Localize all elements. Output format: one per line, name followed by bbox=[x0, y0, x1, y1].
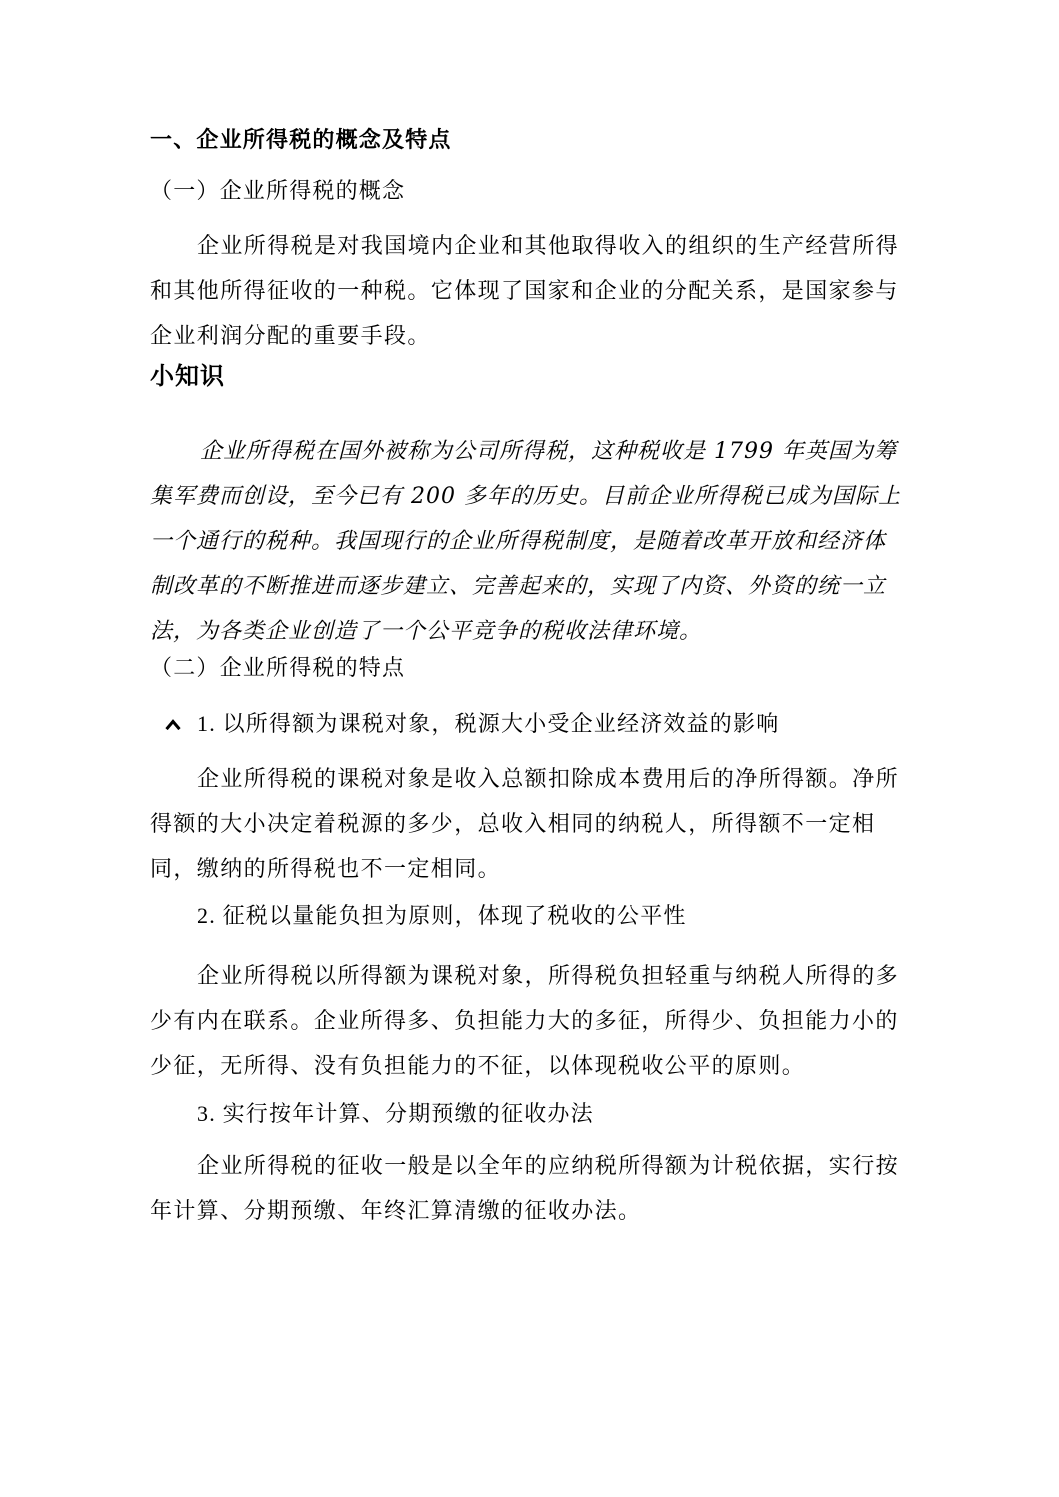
feature-item-3-title-text: 3. 实行按年计算、分期预缴的征收办法 bbox=[197, 1101, 594, 1126]
feature-item-3-title: 3. 实行按年计算、分期预缴的征收办法 bbox=[150, 1100, 908, 1128]
tip-paragraph: 企业所得税在国外被称为公司所得税，这种税收是 1799 年英国为筹集军费而创设，… bbox=[150, 429, 908, 654]
feature-item-2-title-text: 2. 征税以量能负担为原则，体现了税收的公平性 bbox=[197, 903, 687, 928]
section-heading: 一、企业所得税的概念及特点 bbox=[150, 126, 908, 154]
feature-item-2-body: 企业所得税以所得额为课税对象，所得税负担轻重与纳税人所得的多少有内在联系。企业所… bbox=[150, 953, 908, 1088]
subsection-heading-features: （二）企业所得税的特点 bbox=[150, 654, 908, 682]
tip-heading: 小知识 bbox=[150, 362, 908, 392]
subsection-heading-concept: （一）企业所得税的概念 bbox=[150, 177, 908, 205]
feature-item-2-title: 2. 征税以量能负担为原则，体现了税收的公平性 bbox=[150, 902, 908, 930]
chevron-up-icon[interactable] bbox=[165, 719, 181, 730]
feature-item-1-title-text: 1. 以所得额为课税对象，税源大小受企业经济效益的影响 bbox=[197, 711, 779, 736]
feature-item-1-title: 1. 以所得额为课税对象，税源大小受企业经济效益的影响 bbox=[150, 710, 908, 738]
feature-item-1-body: 企业所得税的课税对象是收入总额扣除成本费用后的净所得额。净所得额的大小决定着税源… bbox=[150, 756, 908, 891]
document-page: 一、企业所得税的概念及特点 （一）企业所得税的概念 企业所得税是对我国境内企业和… bbox=[0, 0, 1059, 1497]
paragraph-concept: 企业所得税是对我国境内企业和其他取得收入的组织的生产经营所得和其他所得征收的一种… bbox=[150, 223, 908, 358]
feature-item-3-body: 企业所得税的征收一般是以全年的应纳税所得额为计税依据，实行按年计算、分期预缴、年… bbox=[150, 1143, 908, 1233]
